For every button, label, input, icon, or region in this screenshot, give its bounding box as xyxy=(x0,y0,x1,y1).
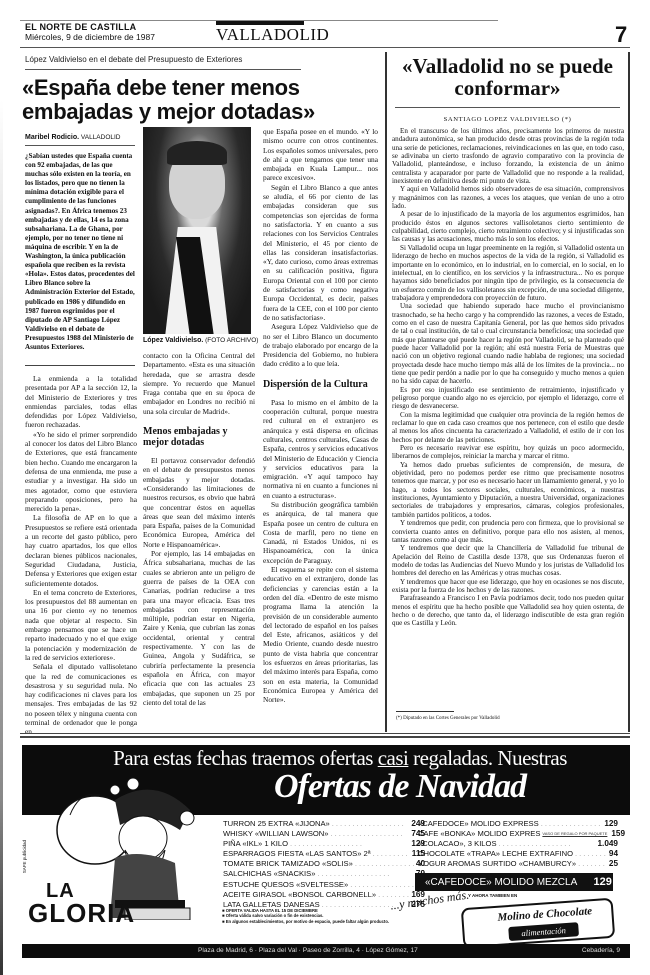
subheading: Menos embajadas y mejor dotadas xyxy=(143,426,255,448)
ad-top-rule xyxy=(20,733,630,734)
product-name: CHOCOLATE «TRAPA» LECHE EXTRAFINO xyxy=(418,849,573,859)
paragraph: «Yo he sido el primer sorprendido al con… xyxy=(25,430,137,514)
byline-rule xyxy=(25,145,135,146)
price-row: YOGUR AROMAS SURTIDO «CHAMBURCY»........… xyxy=(418,859,618,869)
product-price: 129 xyxy=(604,819,618,829)
price-row: TURRON 25 EXTRA «JIJONA»................… xyxy=(223,819,425,829)
article-column-3: que España posee en el mundo. «Y lo mism… xyxy=(263,127,378,705)
fine-print-text: Oferta válida salvo variación o fin de e… xyxy=(226,913,324,918)
tagline-part: regaladas. Nuestras xyxy=(408,746,567,770)
paragraph: Señala el diputado vallisoletano que la … xyxy=(25,662,137,736)
byline-place: VALLADOLID xyxy=(81,134,121,141)
leader-dots: .................. xyxy=(575,849,607,859)
agency-credit: SAFE publicidad xyxy=(22,840,27,873)
ad-footer-bar xyxy=(22,944,182,958)
ad-footer: Plaza de Madrid, 6 · Plaza del Val · Pas… xyxy=(180,944,630,958)
partner-logo: Molino de Chocolate alimentación xyxy=(461,898,615,949)
masthead-rule xyxy=(20,47,630,48)
paragraph: Asegura López Valdivielso que de no ser … xyxy=(263,322,378,368)
article-kicker: López Valdivielso en el debate del Presu… xyxy=(25,55,242,64)
tagline-underlined: casi xyxy=(378,746,409,770)
also-now-label: Y AHORA TAMBIEN EN xyxy=(468,893,517,898)
product-name: ESPARRAGOS FIESTA «LAS SANTOS» 2ª xyxy=(223,849,371,859)
price-row: PIÑA «IKL» 1 KILO..................129 xyxy=(223,839,425,849)
partner-brand: Molino de Chocolate xyxy=(497,905,592,924)
paragraph: La enmienda a la totalidad presentada po… xyxy=(25,374,137,430)
product-name: CAFE «BONKA» MOLIDO EXPRES xyxy=(418,829,540,839)
opinion-title: «Valladolid no se puede conformar» xyxy=(395,55,620,99)
leader-dots: .................. xyxy=(578,859,607,869)
paragraph: En el transcurso de los últimos años, pr… xyxy=(392,127,624,185)
paragraph: Por ejemplo, las 14 embajadas en África … xyxy=(143,549,255,707)
leader-dots: .................. xyxy=(331,829,410,839)
paragraph: En el tema concreto de Exteriores, los p… xyxy=(25,588,137,662)
tagline-part: Para estas fechas traemos ofertas xyxy=(113,746,378,770)
leader-dots: .................. xyxy=(350,880,414,890)
photo-caption: López Valdivielso. (FOTO ARCHIVO) xyxy=(143,337,258,344)
leader-dots: .................. xyxy=(499,839,596,849)
page-edge-shadow xyxy=(0,100,3,975)
fine-print-line: ■ En algunos establecimientos, por motiv… xyxy=(222,919,389,924)
subheading: Dispersión de la Cultura xyxy=(263,379,378,390)
product-price: 159 xyxy=(611,829,625,839)
store-address-right: Cebadería, 9 xyxy=(582,944,620,958)
paragraph: Pasa lo mismo en el ámbito de la coopera… xyxy=(263,398,378,500)
section-name: VALLADOLID xyxy=(216,25,329,45)
publication-date: Miércoles, 9 de diciembre de 1987 xyxy=(25,32,155,42)
opinion-rule xyxy=(395,107,620,108)
price-row: CAFE «BONKA» MOLIDO EXPRESVASO DE REGALO… xyxy=(418,829,618,839)
article-column-1: La enmienda a la totalidad presentada po… xyxy=(25,374,137,737)
paragraph: Y tendremos que hacer que ese liderazgo,… xyxy=(392,578,624,595)
paragraph: Una sociedad que habiendo superado hace … xyxy=(392,302,624,385)
article-headline: «España debe tener menos embajadas y mej… xyxy=(22,76,382,124)
paragraph: Si Valladolid ocupa un lugar preeminente… xyxy=(392,244,624,302)
kicker-rule xyxy=(25,69,301,70)
product-price: 25 xyxy=(609,859,618,869)
product-name: WHISKY «WILLIAN LAWSON» xyxy=(223,829,329,839)
partner-tag: alimentación xyxy=(508,922,579,941)
product-name: «COLACAO», 3 KILOS xyxy=(418,839,497,849)
caption-credit: (FOTO ARCHIVO) xyxy=(205,337,258,344)
product-name: ACEITE GIRASOL «BONSOL CARBONELL» xyxy=(223,890,376,900)
article-column-2: contacto con la Oficina Central del Depa… xyxy=(143,351,255,707)
product-name: ESTUCHE QUESOS «SVELTESSE» xyxy=(223,880,348,890)
page-number: 7 xyxy=(615,22,627,48)
product-name: TURRON 25 EXTRA «JIJONA» xyxy=(223,819,330,829)
paragraph: que España posee en el mundo. «Y lo mism… xyxy=(263,127,378,183)
product-name: SALCHICHAS «SNACKIS» xyxy=(223,869,315,879)
price-row: «CAFEDOCE» MOLIDO EXPRESS...............… xyxy=(418,819,618,829)
featured-price: 129 xyxy=(593,876,611,888)
store-logo: LA GLORIA xyxy=(28,880,135,924)
price-list-right: «CAFEDOCE» MOLIDO EXPRESS...............… xyxy=(418,819,618,869)
leader-dots: .................. xyxy=(541,819,603,829)
price-row: SALCHICHAS «SNACKIS»..................79 xyxy=(223,869,425,879)
price-row: CHOCOLATE «TRAPA» LECHE EXTRAFINO.......… xyxy=(418,849,618,859)
leader-dots: .................. xyxy=(332,819,410,829)
byline-author: Maribel Rodicio. xyxy=(25,134,79,141)
price-list-left: TURRON 25 EXTRA «JIJONA»................… xyxy=(223,819,425,910)
footnote-rule xyxy=(396,711,454,712)
price-row: TOMATE BRICK TAMIZADO «SOLIS»...........… xyxy=(223,859,425,869)
store-logo-gloria: GLORIA xyxy=(28,898,135,928)
leader-dots: .................. xyxy=(373,849,410,859)
paragraph: Y tendremos que decir que la Chancillerí… xyxy=(392,544,624,577)
portrait-photo xyxy=(143,127,251,334)
paragraph: El esquema se repite con el sistema educ… xyxy=(263,565,378,704)
paragraph: Según el Libro Blanco a que antes se alu… xyxy=(263,183,378,322)
paragraph: contacto con la Oficina Central del Depa… xyxy=(143,351,255,416)
opinion-author: SANTIAGO LOPEZ VALDIVIELSO (*) xyxy=(395,116,620,123)
paragraph: A pesar de lo injustificado de la mayorí… xyxy=(392,210,624,243)
paragraph: Es por eso injustificado ese sentimiento… xyxy=(392,386,624,411)
fine-print-text: En algunos establecimientos, por motivo … xyxy=(226,919,389,924)
paragraph: Parafraseando a Francisco I en Pavía pod… xyxy=(392,594,624,627)
product-price: 94 xyxy=(609,849,618,859)
paragraph: Pero es necesario reavivar ese espíritu,… xyxy=(392,444,624,461)
leader-dots: .................. xyxy=(317,869,413,879)
paragraph: Y aquí en Valladolid hemos sido observad… xyxy=(392,185,624,210)
paragraph: La filosofía de AP en lo que a Presupues… xyxy=(25,513,137,587)
product-name: TOMATE BRICK TAMIZADO «SOLIS» xyxy=(223,859,353,869)
paragraph: Su distribución geográfica también es an… xyxy=(263,500,378,565)
product-name: YOGUR AROMAS SURTIDO «CHAMBURCY» xyxy=(418,859,576,869)
price-row: «COLACAO», 3 KILOS..................1.04… xyxy=(418,839,618,849)
product-price: 1.049 xyxy=(598,839,619,849)
paragraph: Y tendremos que pedir, con prudencia per… xyxy=(392,519,624,544)
price-row: WHISKY «WILLIAN LAWSON».................… xyxy=(223,829,425,839)
featured-product: «CAFEDOCE» MOLIDO MEZCLA xyxy=(425,877,577,888)
newspaper-name: EL NORTE DE CASTILLA xyxy=(25,22,136,32)
opinion-footnote: (*) Diputado en las Cortes Generales por… xyxy=(396,716,500,721)
product-note: VASO DE REGALO POR PAQUETE xyxy=(542,829,607,839)
caption-name: López Valdivielso. xyxy=(143,337,203,344)
store-addresses: Plaza de Madrid, 6 · Plaza del Val · Pas… xyxy=(198,944,418,958)
price-row: ESTUCHE QUESOS «SVELTESSE»..............… xyxy=(223,880,425,890)
paragraph: El portavoz conservador defendió en el d… xyxy=(143,456,255,549)
opinion-body: En el transcurso de los últimos años, pr… xyxy=(392,127,624,628)
ad-fine-print: ■ OFERTA VALIDA HASTA EL 15 DE DICIEMBRE… xyxy=(222,908,389,924)
product-name: PIÑA «IKL» 1 KILO xyxy=(223,839,288,849)
photo-hair xyxy=(167,141,227,165)
price-row: ESPARRAGOS FIESTA «LAS SANTOS» 2ª.......… xyxy=(223,849,425,859)
paragraph: Con la misma legitimidad que cualquier o… xyxy=(392,411,624,444)
featured-offer: «CAFEDOCE» MOLIDO MEZCLA 129 xyxy=(415,873,613,891)
ad-headline: Ofertas de Navidad xyxy=(180,768,620,806)
lead-rule xyxy=(25,365,135,366)
leader-dots: .................. xyxy=(355,859,414,869)
ad-top-rule-thick xyxy=(20,736,630,738)
article-byline: Maribel Rodicio. VALLADOLID xyxy=(25,134,121,141)
fine-print-text: OFERTA VALIDA HASTA EL 15 DE DICIEMBRE xyxy=(226,908,318,913)
leader-dots: .................. xyxy=(290,839,409,849)
product-name: «CAFEDOCE» MOLIDO EXPRESS xyxy=(418,819,539,829)
article-lead: ¿Sabían ustedes que España cuenta con 92… xyxy=(25,152,137,352)
paragraph: Ya hemos dado pruebas suficientes de com… xyxy=(392,461,624,519)
